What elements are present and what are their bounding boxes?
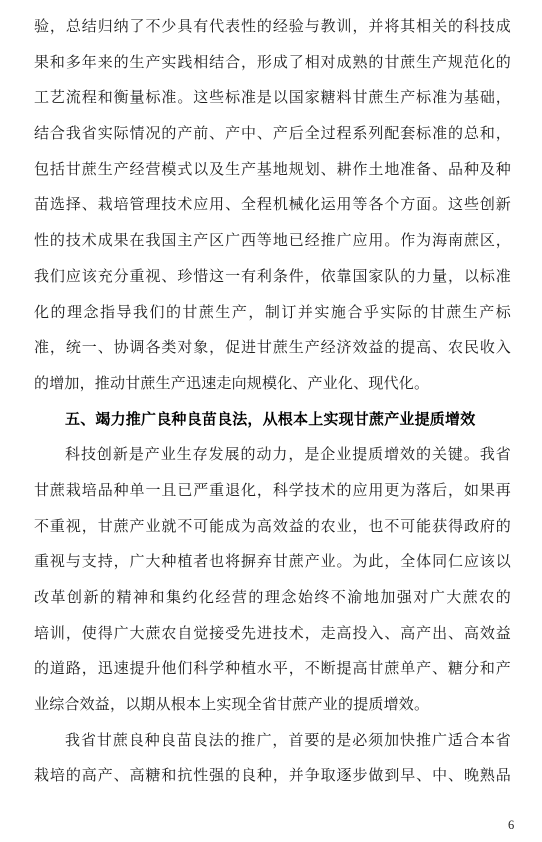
section-heading: 五、竭力推广良种良苗良法，从根本上实现甘蔗产业提质增效 <box>34 403 511 439</box>
text-line: 准，统一、协调各类对象，促进甘蔗生产经济效益的提高、农民收入 <box>34 331 511 367</box>
text-line: 栽培的高产、高糖和抗性强的良种，并争取逐步做到早、中、晚熟品 <box>34 759 511 795</box>
text-line: 工艺流程和衡量标准。这些标准是以国家糖料甘蔗生产标准为基础， <box>34 81 511 117</box>
text-line: 不重视，甘蔗产业就不可能成为高效益的农业，也不可能获得政府的 <box>34 510 511 546</box>
text-line: 性的技术成果在我国主产区广西等地已经推广应用。作为海南蔗区， <box>34 224 511 260</box>
text-line: 重视与支持，广大种植者也将摒弃甘蔗产业。为此，全体同仁应该以 <box>34 545 511 581</box>
text-line: 改革创新的精神和集约化经营的理念始终不渝地加强对广大蔗农的 <box>34 581 511 617</box>
text-line: 培训，使得广大蔗农自觉接受先进技术，走高投入、高产出、高效益 <box>34 617 511 653</box>
text-line: 的道路，迅速提升他们科学种植水平，不断提高甘蔗单产、糖分和产 <box>34 652 511 688</box>
text-body: 验，总结归纳了不少具有代表性的经验与教训，并将其相关的科技成 果和多年来的生产实… <box>34 10 511 795</box>
page-number: 6 <box>508 817 528 833</box>
text-line: 包括甘蔗生产经营模式以及生产基地规划、耕作土地准备、品种及种 <box>34 153 511 189</box>
text-line: 结合我省实际情况的产前、产中、产后全过程系列配套标准的总和， <box>34 117 511 153</box>
text-line: 科技创新是产业生存发展的动力，是企业提质增效的关键。我省 <box>34 438 511 474</box>
text-line: 化的理念指导我们的甘蔗生产，制订并实施合乎实际的甘蔗生产标 <box>34 296 511 332</box>
text-line: 我们应该充分重视、珍惜这一有利条件，依靠国家队的力量，以标准 <box>34 260 511 296</box>
text-line: 我省甘蔗良种良苗良法的推广，首要的是必须加快推广适合本省 <box>34 724 511 760</box>
text-line: 验，总结归纳了不少具有代表性的经验与教训，并将其相关的科技成 <box>34 10 511 46</box>
text-line: 业综合效益，以期从根本上实现全省甘蔗产业的提质增效。 <box>34 688 511 724</box>
text-line: 的增加，推动甘蔗生产迅速走向规模化、产业化、现代化。 <box>34 367 511 403</box>
text-line: 果和多年来的生产实践相结合，形成了相对成熟的甘蔗生产规范化的 <box>34 46 511 82</box>
text-line: 甘蔗栽培品种单一且已严重退化，科学技术的应用更为落后，如果再 <box>34 474 511 510</box>
document-page: 验，总结归纳了不少具有代表性的经验与教训，并将其相关的科技成 果和多年来的生产实… <box>0 0 542 842</box>
text-line: 苗选择、栽培管理技术应用、全程机械化运用等各个方面。这些创新 <box>34 188 511 224</box>
